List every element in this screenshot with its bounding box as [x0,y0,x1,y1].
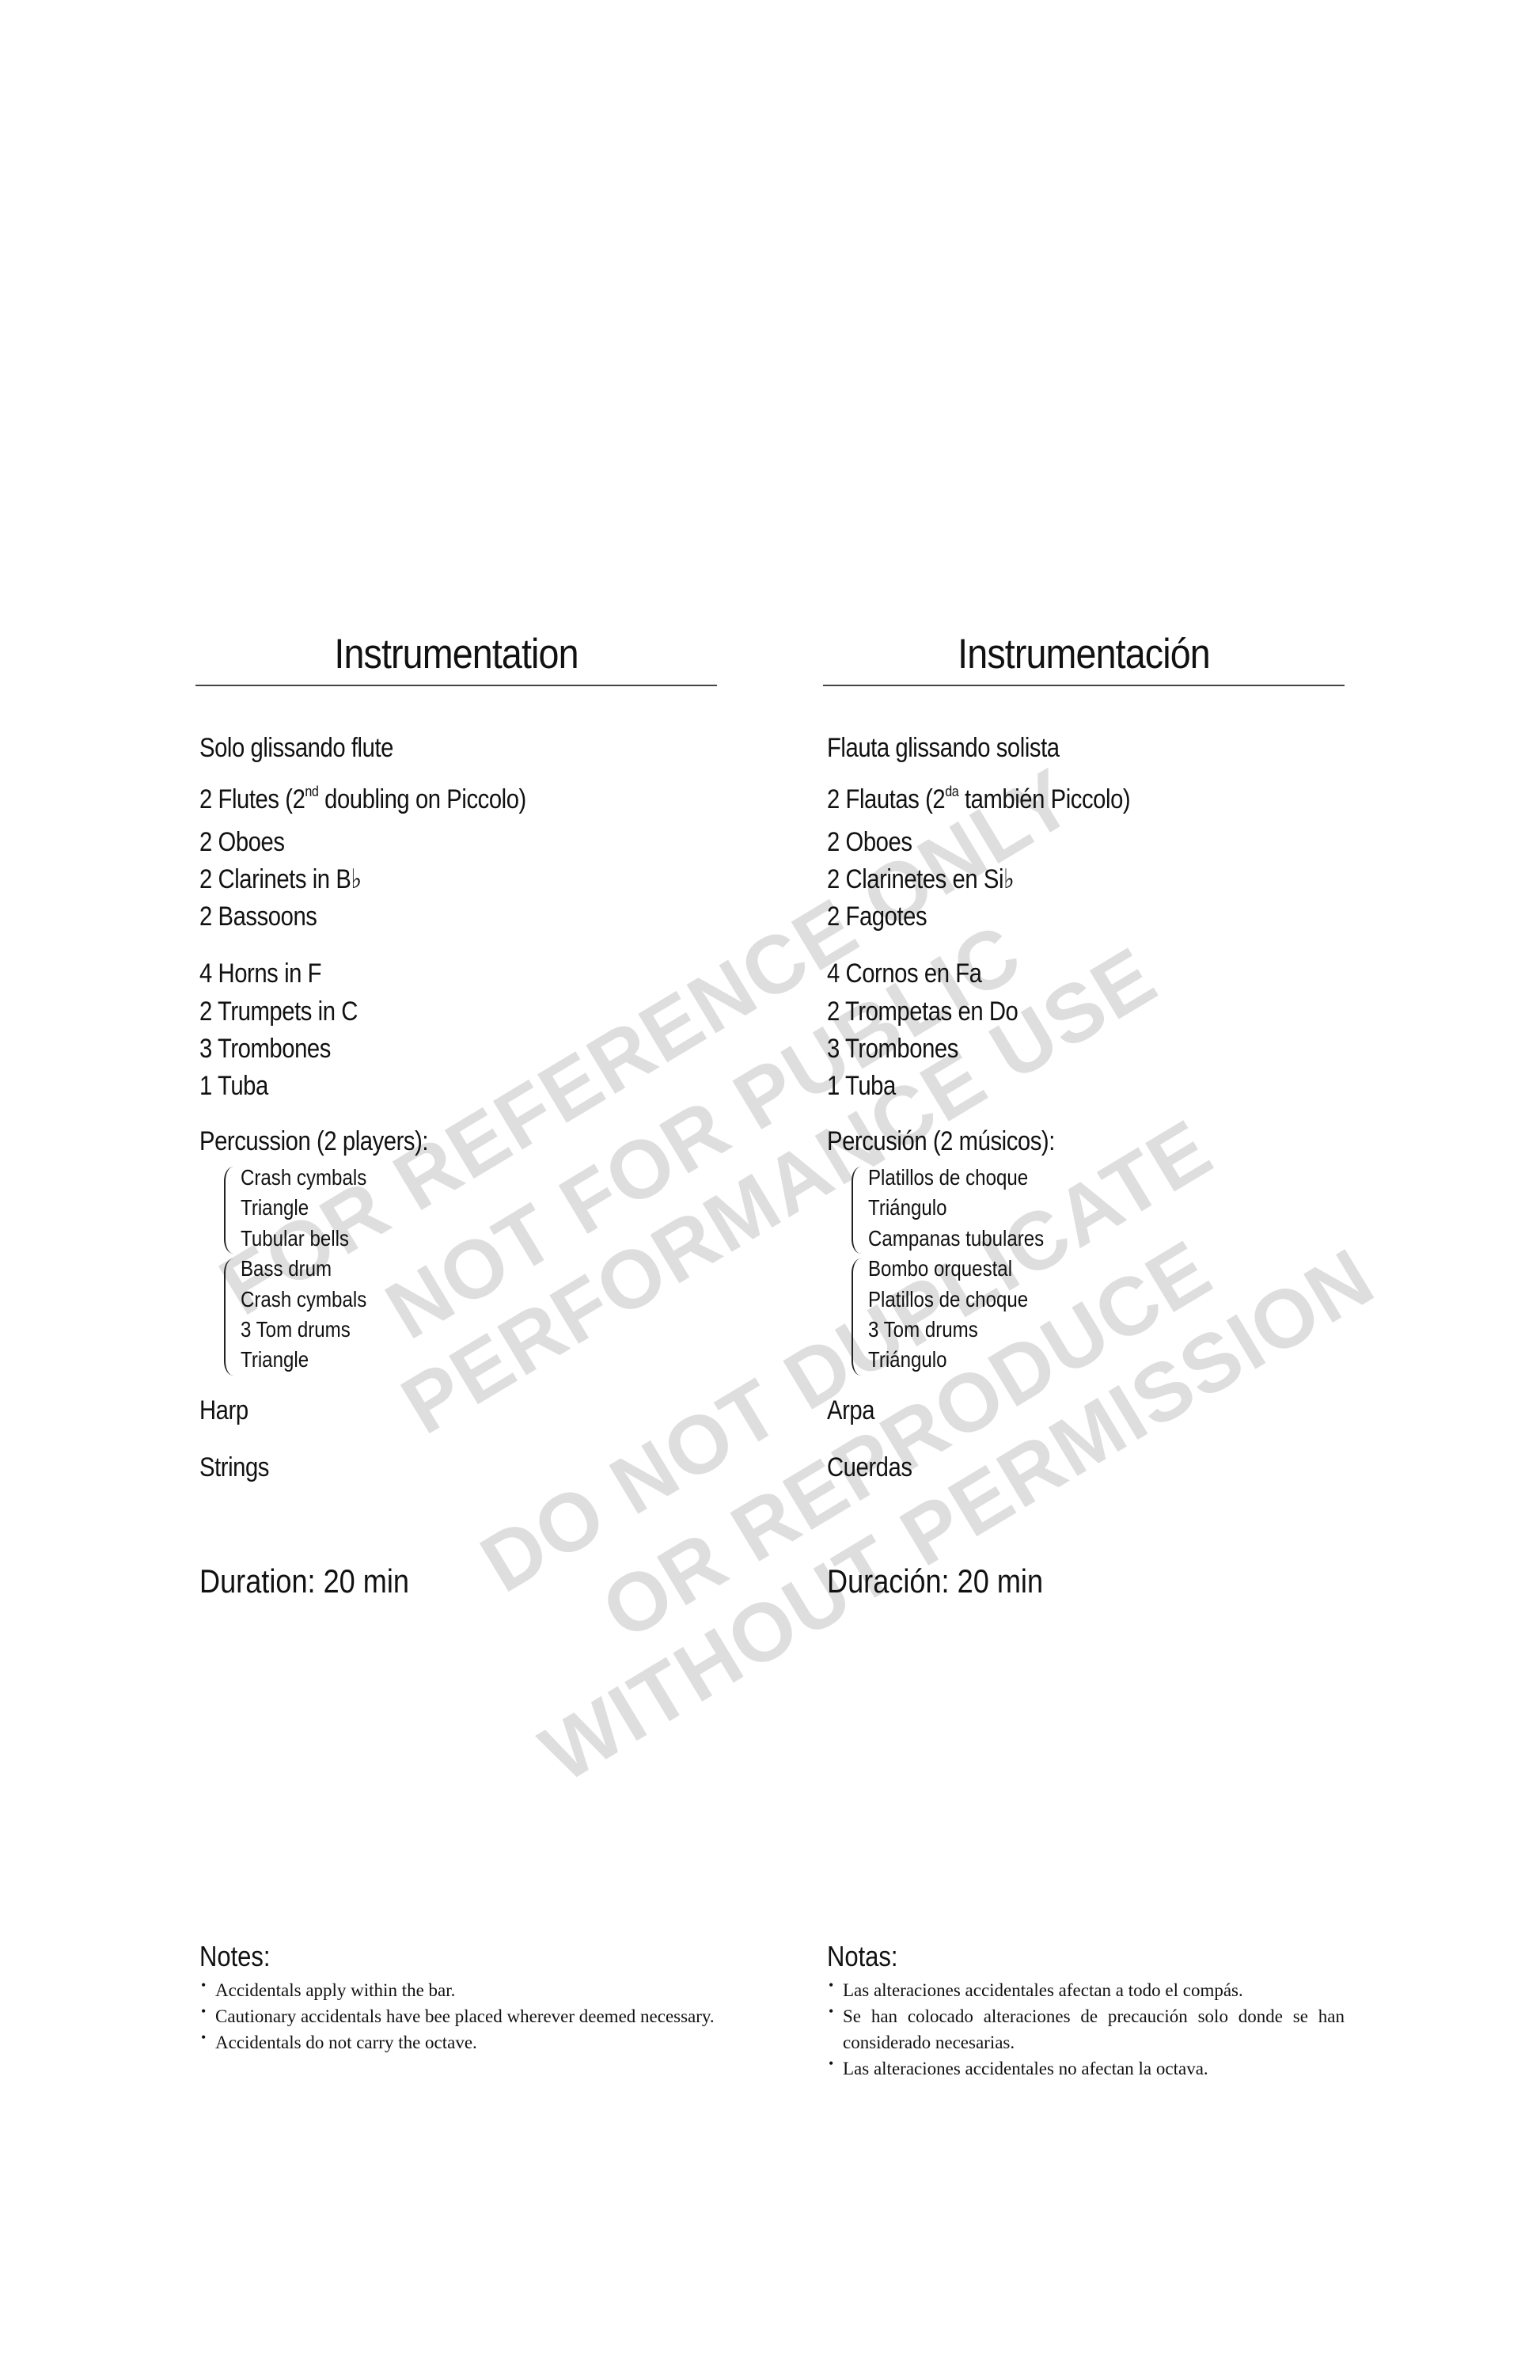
bullet-icon: • [201,1999,206,2025]
brass-item: 4 Horns in F [199,958,321,989]
strings-line: Cuerdas [827,1452,912,1483]
percussion-item: Platillos de choque [868,1164,1028,1191]
percussion-item: Triangle [241,1346,309,1373]
brass-item: 3 Trombones [199,1033,331,1065]
notes-heading: Notas: [827,1941,897,1972]
percussion-item: Crash cymbals [241,1286,366,1313]
page-title: Instrumentación [855,631,1314,678]
bullet-icon: • [201,1972,206,1999]
watermark-line: PERFORMANCE USE [389,934,1170,1448]
solo-instrument: Flauta glissando solista [827,732,1060,764]
player2-bracket [852,1258,863,1376]
percussion-label: Percusión (2 músicos): [827,1125,1055,1157]
percussion-item: 3 Tom drums [868,1316,978,1343]
duration: Duración: 20 min [827,1562,1043,1600]
strings-line: Strings [199,1452,269,1483]
notes-list: •Accidentals apply within the bar. •Caut… [199,1977,717,2055]
note-item: •Accidentals apply within the bar. [199,1977,717,2003]
note-item: •Las alteraciones accidentales afectan a… [827,1977,1345,2003]
flutes-line: 2 Flutes (2nd doubling on Piccolo) [199,784,526,815]
brass-item: 2 Trumpets in C [199,996,358,1027]
flutes-line: 2 Flautas (2da también Piccolo) [827,784,1130,815]
harp-line: Harp [199,1395,248,1426]
note-item: •Accidentals do not carry the octave. [199,2029,717,2055]
percussion-item: Bass drum [241,1255,332,1282]
bullet-icon: • [829,1999,833,2025]
percussion-item: Tubular bells [241,1225,349,1252]
bullet-icon: • [829,2051,833,2077]
brass-item: 3 Trombones [827,1033,958,1065]
note-item: •Las alteraciones accidentales no afecta… [827,2055,1345,2082]
player1-bracket [224,1167,235,1254]
percussion-label: Percussion (2 players): [199,1125,428,1157]
duration: Duration: 20 min [199,1562,409,1600]
percussion-item: Crash cymbals [241,1164,366,1191]
note-item: •Se han colocado alteraciones de precauc… [827,2003,1345,2055]
title-divider [823,685,1345,686]
woodwind-item: 2 Clarinetes en Si♭ [827,864,1014,895]
percussion-item: 3 Tom drums [241,1316,351,1343]
brass-item: 2 Trompetas en Do [827,996,1018,1027]
bullet-icon: • [829,1972,833,1999]
watermark-line: DO NOT DUPLICATE [468,1106,1225,1606]
title-divider [195,685,717,686]
percussion-item: Triángulo [868,1346,947,1373]
percussion-item: Campanas tubulares [868,1225,1044,1252]
brass-item: 1 Tuba [199,1070,268,1102]
brass-item: 1 Tuba [827,1070,896,1102]
notes-list: •Las alteraciones accidentales afectan a… [827,1977,1345,2082]
notes-heading: Notes: [199,1941,270,1972]
percussion-item: Triangle [241,1194,309,1221]
woodwind-item: 2 Bassoons [199,901,317,932]
brass-item: 4 Cornos en Fa [827,958,982,989]
woodwind-item: 2 Oboes [199,826,285,858]
bullet-icon: • [201,2025,206,2051]
percussion-item: Bombo orquestal [868,1255,1012,1282]
note-item: •Cautionary accidentals have bee placed … [199,2003,717,2029]
percussion-item: Platillos de choque [868,1286,1028,1313]
solo-instrument: Solo glissando flute [199,732,393,764]
woodwind-item: 2 Fagotes [827,901,927,932]
woodwind-item: 2 Oboes [827,826,912,858]
player1-bracket [852,1167,863,1254]
percussion-item: Triángulo [868,1194,947,1221]
player2-bracket [224,1258,235,1376]
harp-line: Arpa [827,1395,874,1426]
page-title: Instrumentation [227,631,686,678]
woodwind-item: 2 Clarinets in B♭ [199,864,362,895]
